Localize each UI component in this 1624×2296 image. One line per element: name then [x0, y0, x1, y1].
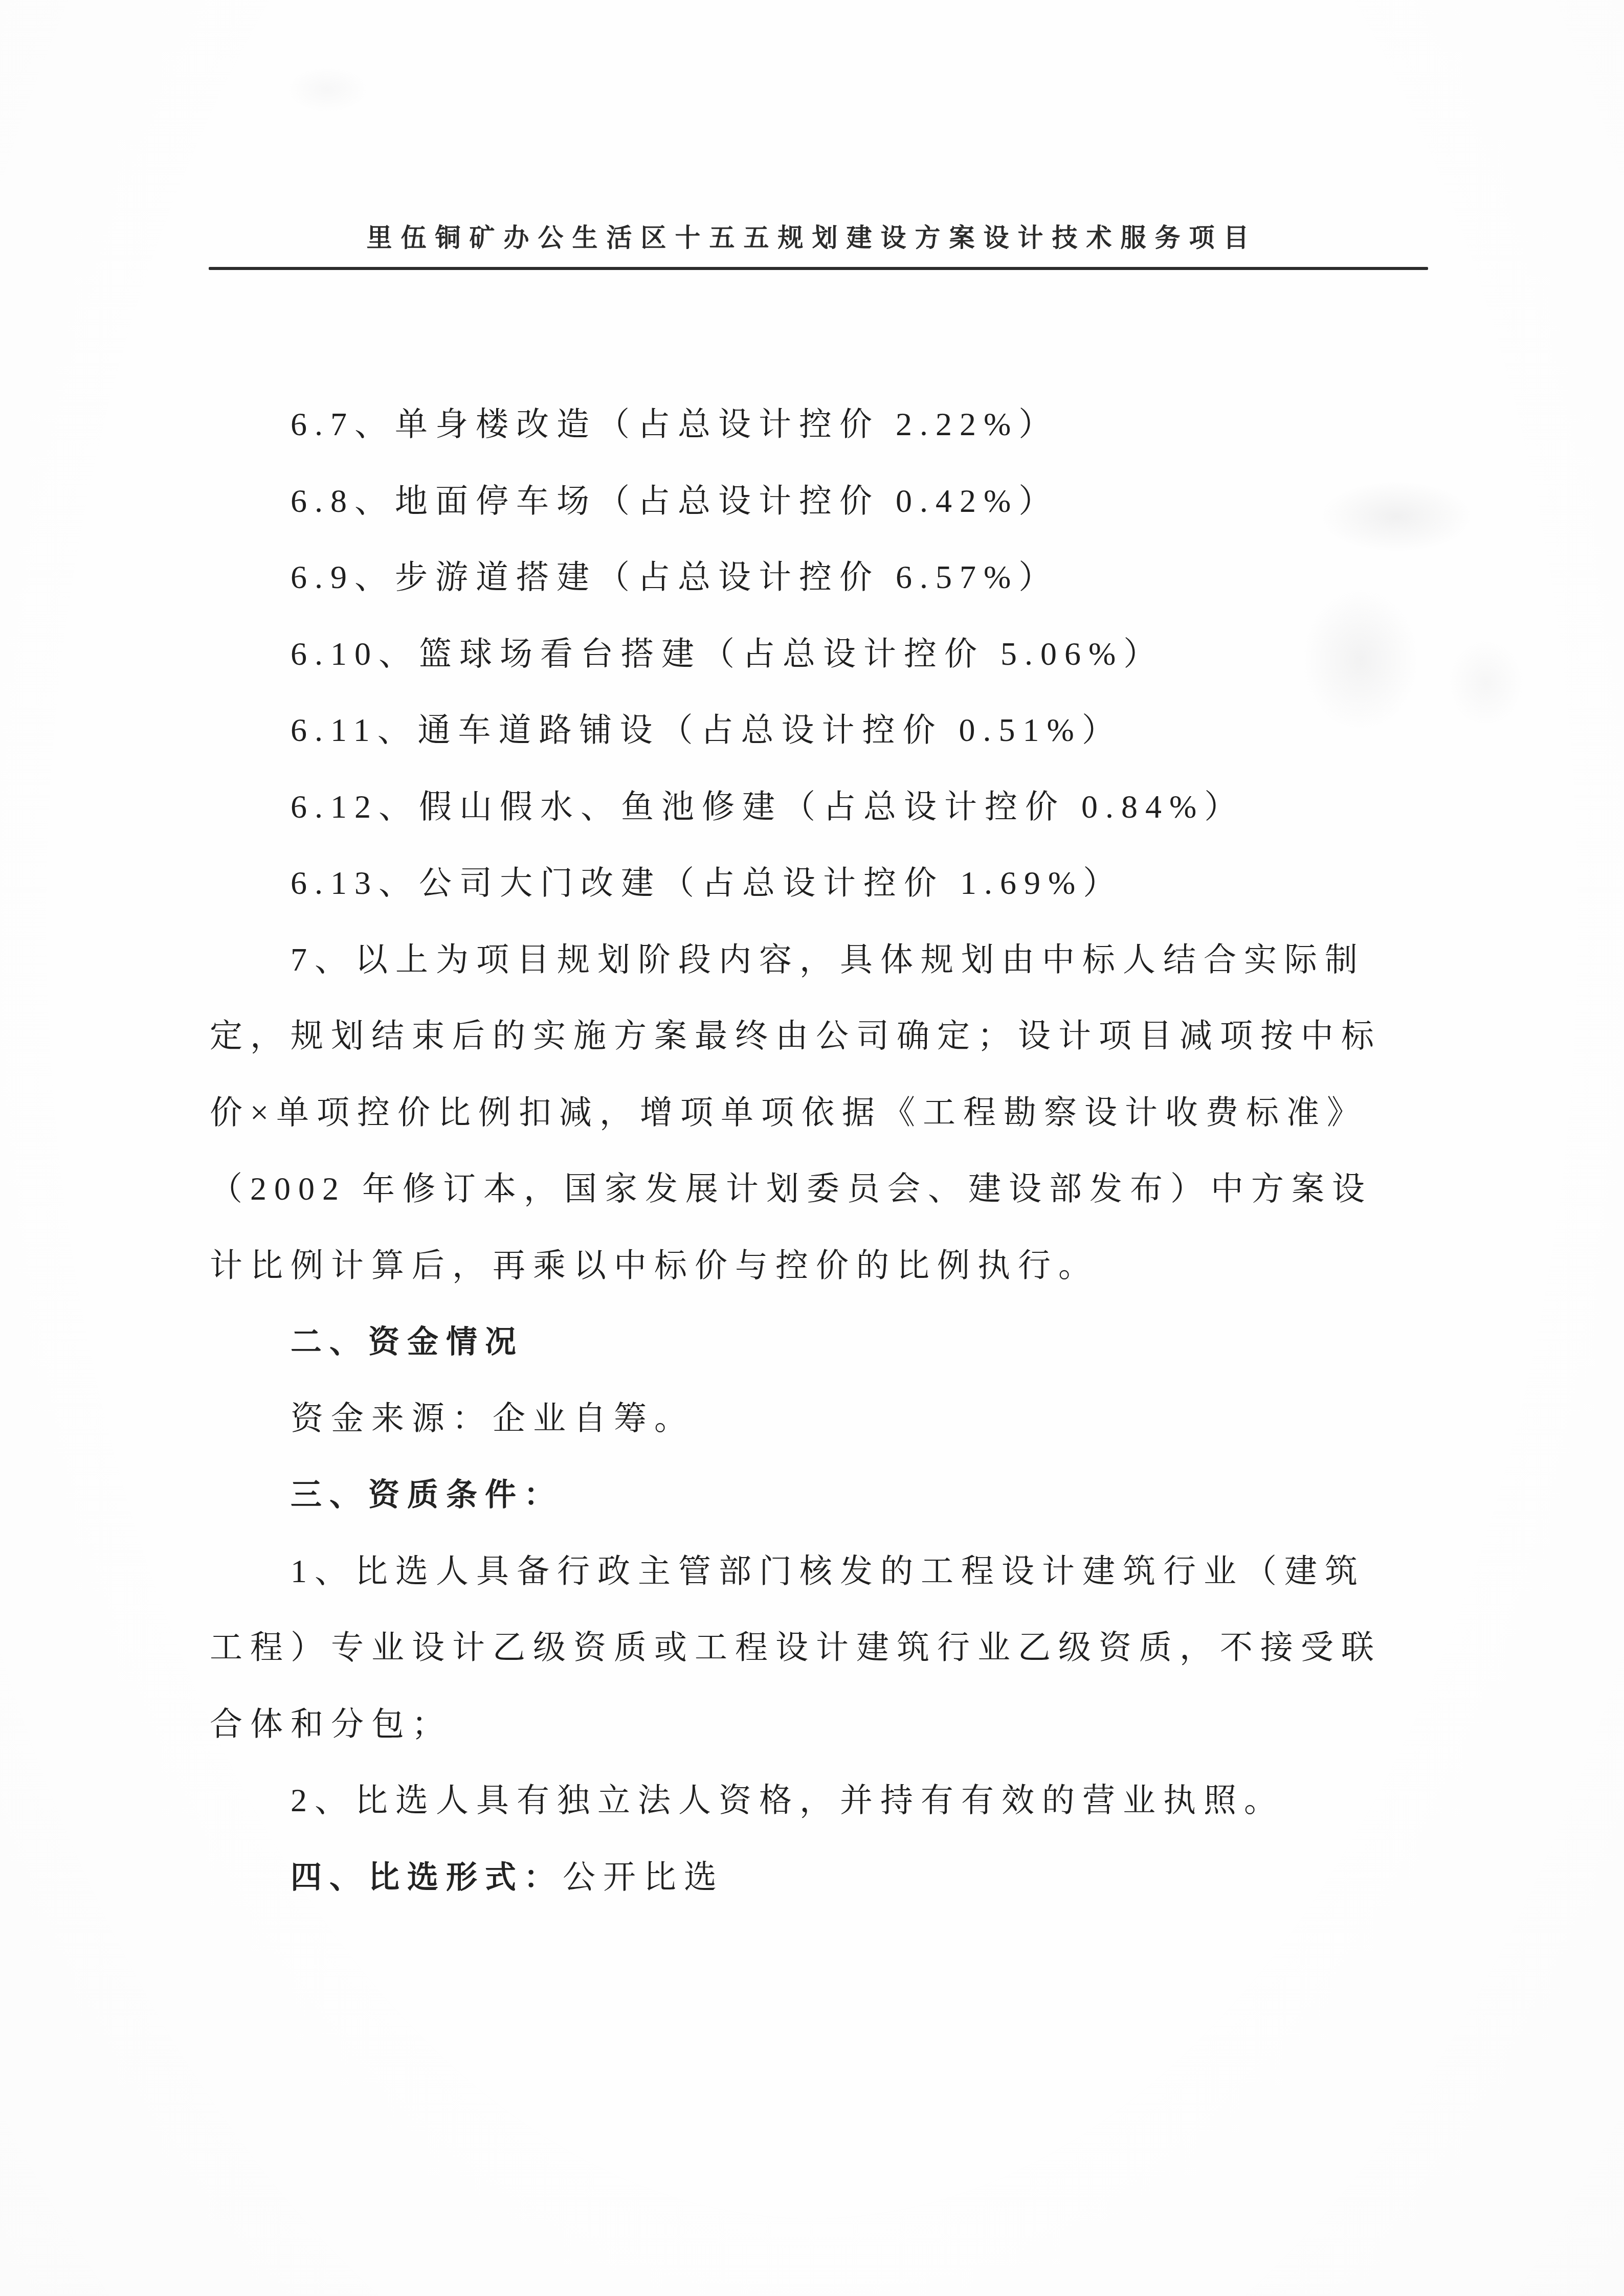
text-segment: 1、比选人具备行政主管部门核发的工程设计建筑行业（建筑 — [291, 1553, 1365, 1589]
text-segment: 6.7、单身楼改造（占总设计控价 2.22%） — [291, 406, 1059, 442]
text-line: 6.7、单身楼改造（占总设计控价 2.22%） — [210, 386, 1430, 463]
scan-artifact — [1448, 639, 1524, 726]
text-segment: 工程）专业设计乙级资质或工程设计建筑行业乙级资质，不接受联 — [210, 1629, 1382, 1665]
text-segment: 2、比选人具有独立法人资格，并持有有效的营业执照。 — [291, 1782, 1284, 1818]
text-line: 6.9、步游道搭建（占总设计控价 6.57%） — [210, 539, 1430, 616]
text-segment: 价×单项控价比例扣减，增项单项依据《工程勘察设计收费标准》 — [210, 1094, 1367, 1131]
text-segment: 计比例计算后，再乘以中标价与控价的比例执行。 — [210, 1247, 1099, 1284]
text-line: 合体和分包； — [210, 1686, 1430, 1763]
text-segment: 定，规划结束后的实施方案最终由公司确定；设计项目减项按中标 — [210, 1018, 1382, 1054]
text-segment: （2002 年修订本，国家发展计划委员会、建设部发布）中方案设 — [210, 1170, 1372, 1207]
text-line: 6.12、假山假水、鱼池修建（占总设计控价 0.84%） — [210, 769, 1430, 845]
document-page: 里伍铜矿办公生活区十五五规划建设方案设计技术服务项目 6.7、单身楼改造（占总设… — [0, 0, 1624, 2296]
text-line: 四、比选形式：公开比选 — [210, 1839, 1430, 1916]
text-segment: 6.10、篮球场看台搭建（占总设计控价 5.06%） — [291, 636, 1164, 672]
text-segment: 6.9、步游道搭建（占总设计控价 6.57%） — [291, 559, 1059, 595]
text-line: 资金来源：企业自筹。 — [210, 1380, 1430, 1457]
text-line: 6.8、地面停车场（占总设计控价 0.42%） — [210, 463, 1430, 539]
text-line: 2、比选人具有独立法人资格，并持有有效的营业执照。 — [210, 1762, 1430, 1839]
text-segment: 资金来源：企业自筹。 — [291, 1400, 695, 1436]
header-divider-line — [209, 267, 1428, 270]
text-segment: 7、以上为项目规划阶段内容，具体规划由中标人结合实际制 — [291, 941, 1365, 978]
text-segment: 合体和分包； — [210, 1706, 452, 1742]
text-segment: 6.11、通车道路铺设（占总设计控价 0.51%） — [291, 712, 1122, 748]
text-segment-bold: 四、比选形式： — [291, 1860, 563, 1895]
text-line: 定，规划结束后的实施方案最终由公司确定；设计项目减项按中标 — [210, 998, 1430, 1074]
text-line: 三、资质条件： — [210, 1456, 1430, 1533]
text-segment: 6.13、公司大门改建（占总设计控价 1.69%） — [291, 865, 1123, 901]
text-segment: 6.8、地面停车场（占总设计控价 0.42%） — [291, 483, 1059, 519]
text-line: 6.10、篮球场看台搭建（占总设计控价 5.06%） — [210, 616, 1430, 692]
text-segment: 公开比选 — [563, 1859, 724, 1895]
page-header-title: 里伍铜矿办公生活区十五五规划建设方案设计技术服务项目 — [0, 217, 1624, 254]
text-segment-bold: 三、资质条件： — [291, 1477, 563, 1512]
document-body: 6.7、单身楼改造（占总设计控价 2.22%）6.8、地面停车场（占总设计控价 … — [210, 386, 1430, 1915]
text-line: 6.11、通车道路铺设（占总设计控价 0.51%） — [210, 692, 1430, 769]
text-line: 价×单项控价比例扣减，增项单项依据《工程勘察设计收费标准》 — [210, 1074, 1430, 1151]
text-line: 计比例计算后，再乘以中标价与控价的比例执行。 — [210, 1227, 1430, 1304]
text-segment-bold: 二、资金情况 — [291, 1324, 524, 1359]
text-line: （2002 年修订本，国家发展计划委员会、建设部发布）中方案设 — [210, 1151, 1430, 1227]
text-line: 1、比选人具备行政主管部门核发的工程设计建筑行业（建筑 — [210, 1533, 1430, 1610]
text-line: 6.13、公司大门改建（占总设计控价 1.69%） — [210, 845, 1430, 921]
text-line: 7、以上为项目规划阶段内容，具体规划由中标人结合实际制 — [210, 921, 1430, 998]
scan-artifact — [286, 66, 368, 112]
text-line: 工程）专业设计乙级资质或工程设计建筑行业乙级资质，不接受联 — [210, 1609, 1430, 1686]
text-line: 二、资金情况 — [210, 1303, 1430, 1380]
text-segment: 6.12、假山假水、鱼池修建（占总设计控价 0.84%） — [291, 789, 1244, 825]
